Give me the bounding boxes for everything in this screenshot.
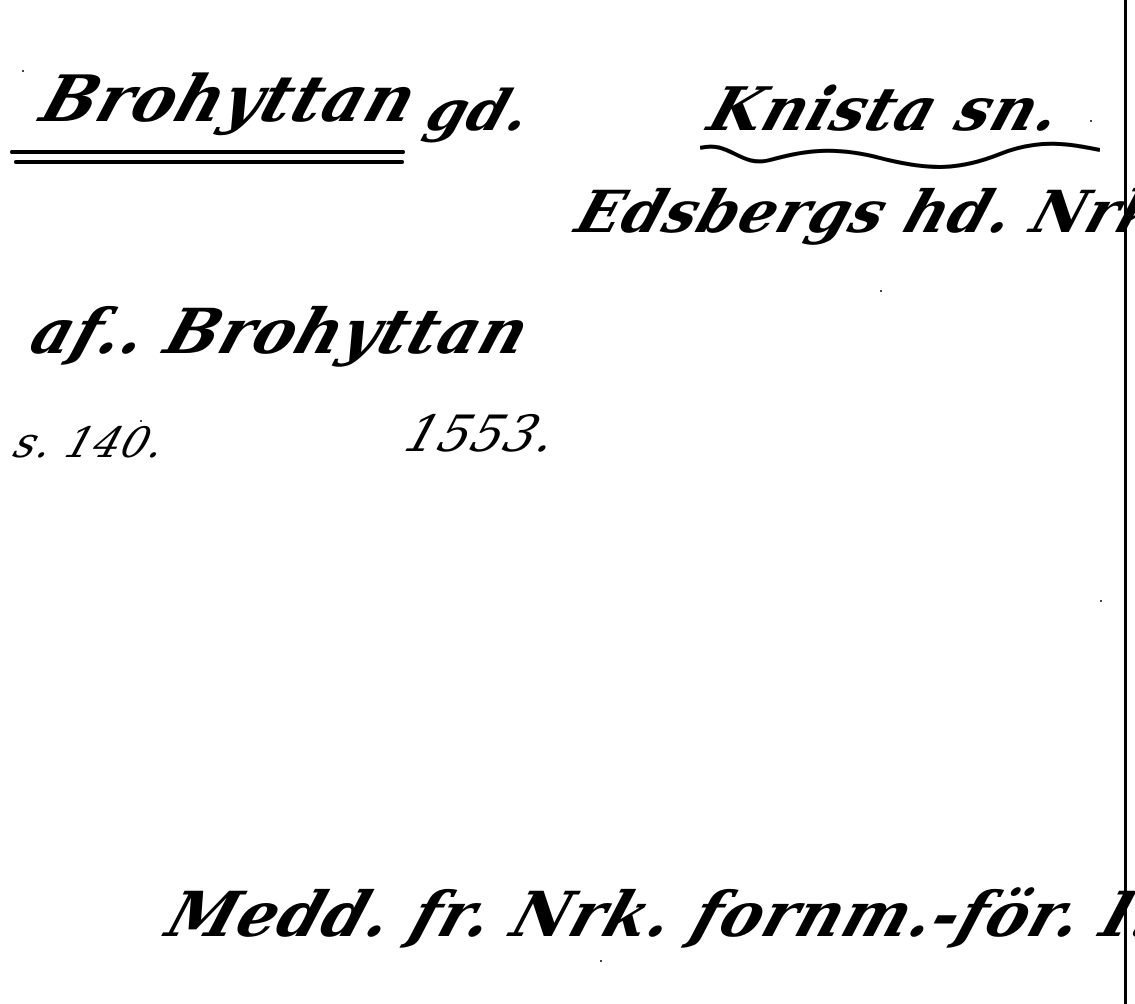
page-reference: s. 140. (8, 418, 173, 467)
headword-double-underline (14, 160, 404, 164)
headword: Brohyttan (32, 62, 427, 137)
source-citation: Medd. fr. Nrk. fornm.-för. I. (158, 878, 1135, 951)
archive-card: Brohyttan gd. Knista sn. Edsbergs hd. Nr… (0, 0, 1135, 1004)
attested-form: af.. Brohyttan (22, 295, 539, 368)
parish: Knista sn. (700, 75, 1071, 145)
scan-speck (1100, 600, 1102, 602)
scan-speck (1090, 120, 1092, 122)
scan-speck (22, 70, 24, 72)
headword-type: gd. (418, 78, 540, 144)
scan-speck (140, 420, 142, 422)
district: Edsbergs hd. Nrk. (568, 178, 1135, 246)
card-edge (1124, 0, 1127, 1004)
year: 1553. (398, 405, 565, 463)
headword-underline (10, 150, 405, 154)
scan-speck (880, 290, 882, 292)
parish-underline-flourish (700, 140, 1100, 170)
scan-speck (600, 960, 602, 962)
